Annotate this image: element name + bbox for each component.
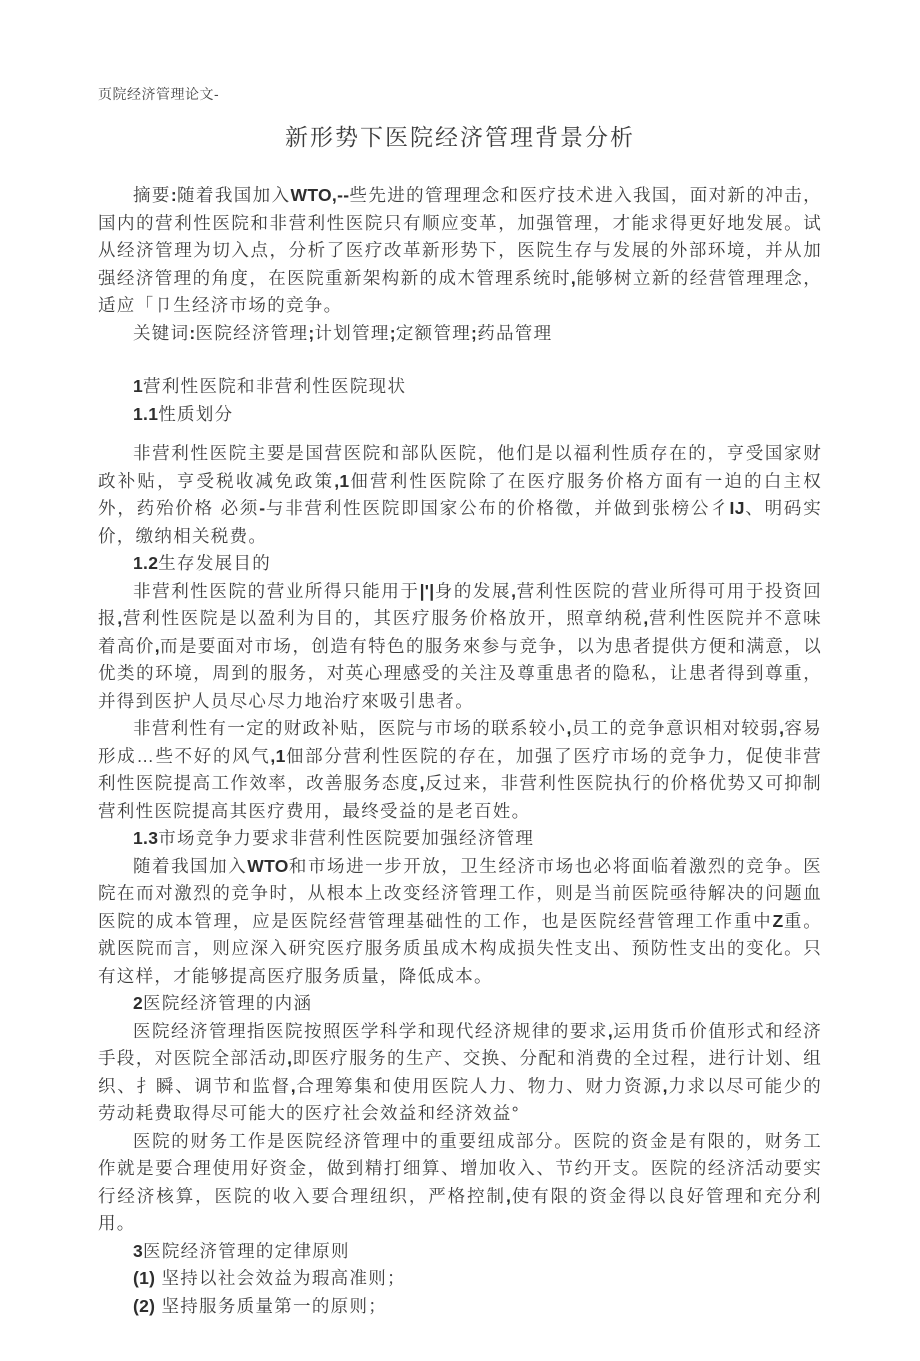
section-1-2-paragraph-1: 非营利性医院的营业所得只能用于|'|身的发展,营利性医院的营业所得可用于投资回报… bbox=[98, 578, 822, 716]
section-1-3-heading: 1.3市场竞争力要求非营利性医院要加强经济管理 bbox=[98, 825, 822, 853]
section-1-2-paragraph-2: 非营利性有一定的财政补贴，医院与市场的联系较小,员工的竞争意识相对较弱,容易形成… bbox=[98, 715, 822, 825]
section-1-3-paragraph: 随着我国加入WTO和市场进一步开放，卫生经济市场也必将面临着激烈的竞争。医院在而… bbox=[98, 853, 822, 991]
section-1-1-paragraph: 非营利性医院主要是国营医院和部队医院，他们是以福利性质存在的，亨受国家财政补贴，… bbox=[98, 440, 822, 550]
section-1-heading: 1营利性医院和非营利性医院现状 bbox=[98, 373, 822, 401]
section-2-paragraph-2: 医院的财务工作是医院经济管理中的重要纽成部分。医院的资金是有限的，财务工作就是要… bbox=[98, 1128, 822, 1238]
section-1-2-heading: 1.2生存发展目的 bbox=[98, 550, 822, 578]
keywords-line: 关键词:医院经济管理;计划管理;定额管理;药品管理 bbox=[98, 320, 822, 348]
abstract-paragraph: 摘要:随着我国加入WTO,--些先进的管理理念和医疗技术进入我国，面对新的冲击，… bbox=[98, 182, 822, 320]
document-page: 页院经济管理论文- 新形势下医院经济管理背景分析 摘要:随着我国加入WTO,--… bbox=[0, 0, 920, 1361]
section-3-list-item-2: (2) 坚持服务质量第一的原则； bbox=[98, 1293, 822, 1321]
section-3-list-item-1: (1) 坚持以社会效益为瑕高准则； bbox=[98, 1265, 822, 1293]
section-2-paragraph-1: 医院经济管理指医院按照医学科学和现代经济规律的要求,运用货币价值形式和经济手段，… bbox=[98, 1018, 822, 1128]
page-title: 新形势下医院经济管理背景分析 bbox=[98, 122, 822, 152]
header-note: 页院经济管理论文- bbox=[98, 86, 822, 102]
section-1-1-heading: 1.1性质划分 bbox=[98, 401, 822, 429]
section-2-heading: 2医院经济管理的内涵 bbox=[98, 990, 822, 1018]
section-3-heading: 3医院经济管理的定律原则 bbox=[98, 1238, 822, 1266]
